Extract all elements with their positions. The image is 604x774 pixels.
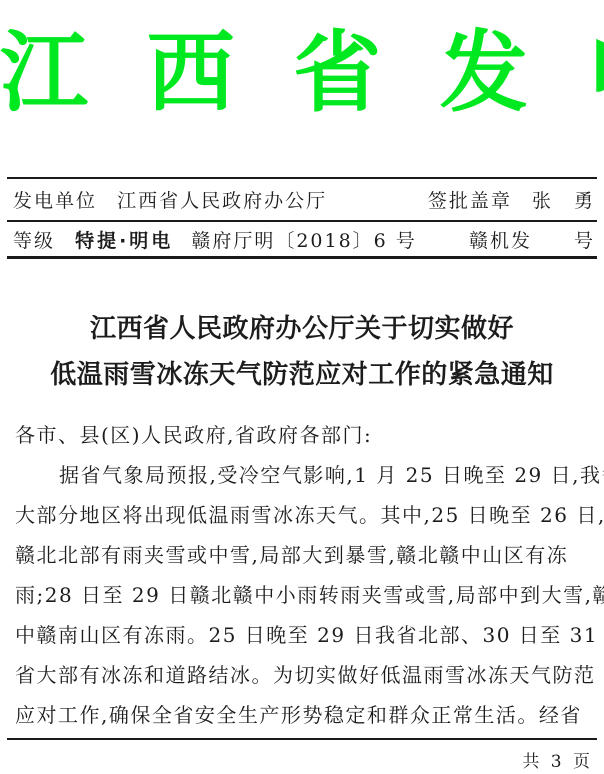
salutation: 各市、县(区)人民政府,省政府各部门: bbox=[15, 415, 595, 455]
meta-row-sender: 发电单位 江西省人民政府办公厅 签批盖章 张 勇 bbox=[13, 183, 595, 215]
body-line: 省大部有冰冻和道路结冰。为切实做好低温雨雪冰冻天气防范 bbox=[15, 655, 595, 695]
body-line: 应对工作,确保全省安全生产形势稳定和群众正常生活。经省 bbox=[15, 695, 595, 735]
grade-value: 特提·明电 bbox=[75, 230, 173, 252]
meta-row-grade: 等级 特提·明电 赣府厅明〔2018〕6 号 赣机发 号 bbox=[13, 226, 595, 252]
body-line: 赣北北部有雨夹雪或中雪,局部大到暴雪,赣北赣中山区有冻 bbox=[15, 535, 595, 575]
sender-label: 发电单位 bbox=[13, 190, 97, 212]
body-line: 雨;28 日至 29 日赣北赣中小雨转雨夹雪或雪,局部中到大雪,赣 bbox=[15, 575, 595, 615]
page-count: 共 3 页 bbox=[522, 747, 593, 772]
divider-bottom bbox=[7, 738, 597, 740]
body-line: 大部分地区将出现低温雨雪冰冻天气。其中,25 日晚至 26 日, bbox=[15, 495, 595, 535]
divider-top bbox=[7, 177, 597, 179]
document-title: 江西省人民政府办公厅关于切实做好 低温雨雪冰冻天气防范应对工作的紧急通知 bbox=[0, 306, 604, 398]
document-page: 江 西 省 发 电 发电单位 江西省人民政府办公厅 签批盖章 张 勇 等级 特提… bbox=[0, 0, 604, 774]
divider-thick bbox=[7, 256, 597, 259]
body-line: 中赣南山区有冻雨。25 日晚至 29 日我省北部、30 日至 31 日全 bbox=[15, 615, 595, 655]
divider-middle bbox=[7, 220, 597, 222]
letterhead-title: 江 西 省 发 电 bbox=[0, 22, 604, 122]
sender-value: 江西省人民政府办公厅 bbox=[117, 190, 327, 212]
grade-label: 等级 bbox=[13, 230, 55, 252]
sender-group: 发电单位 江西省人民政府办公厅 bbox=[13, 186, 327, 213]
document-body: 各市、县(区)人民政府,省政府各部门: 据省气象局预报,受冷空气影响,1 月 2… bbox=[15, 415, 595, 735]
serial-value: 赣机发 号 bbox=[469, 230, 595, 252]
doc-number: 赣府厅明〔2018〕6 号 bbox=[191, 230, 416, 252]
document-title-line1: 江西省人民政府办公厅关于切实做好 bbox=[0, 306, 604, 352]
body-line: 据省气象局预报,受冷空气影响,1 月 25 日晚至 29 日,我省 bbox=[15, 455, 595, 495]
document-title-line2: 低温雨雪冰冻天气防范应对工作的紧急通知 bbox=[0, 352, 604, 398]
sign-value: 张 勇 bbox=[532, 190, 595, 212]
serial-group: 赣机发 号 bbox=[469, 226, 595, 253]
grade-group: 等级 特提·明电 赣府厅明〔2018〕6 号 bbox=[13, 226, 417, 253]
sign-group: 签批盖章 张 勇 bbox=[428, 186, 595, 213]
sign-label: 签批盖章 bbox=[428, 190, 512, 212]
